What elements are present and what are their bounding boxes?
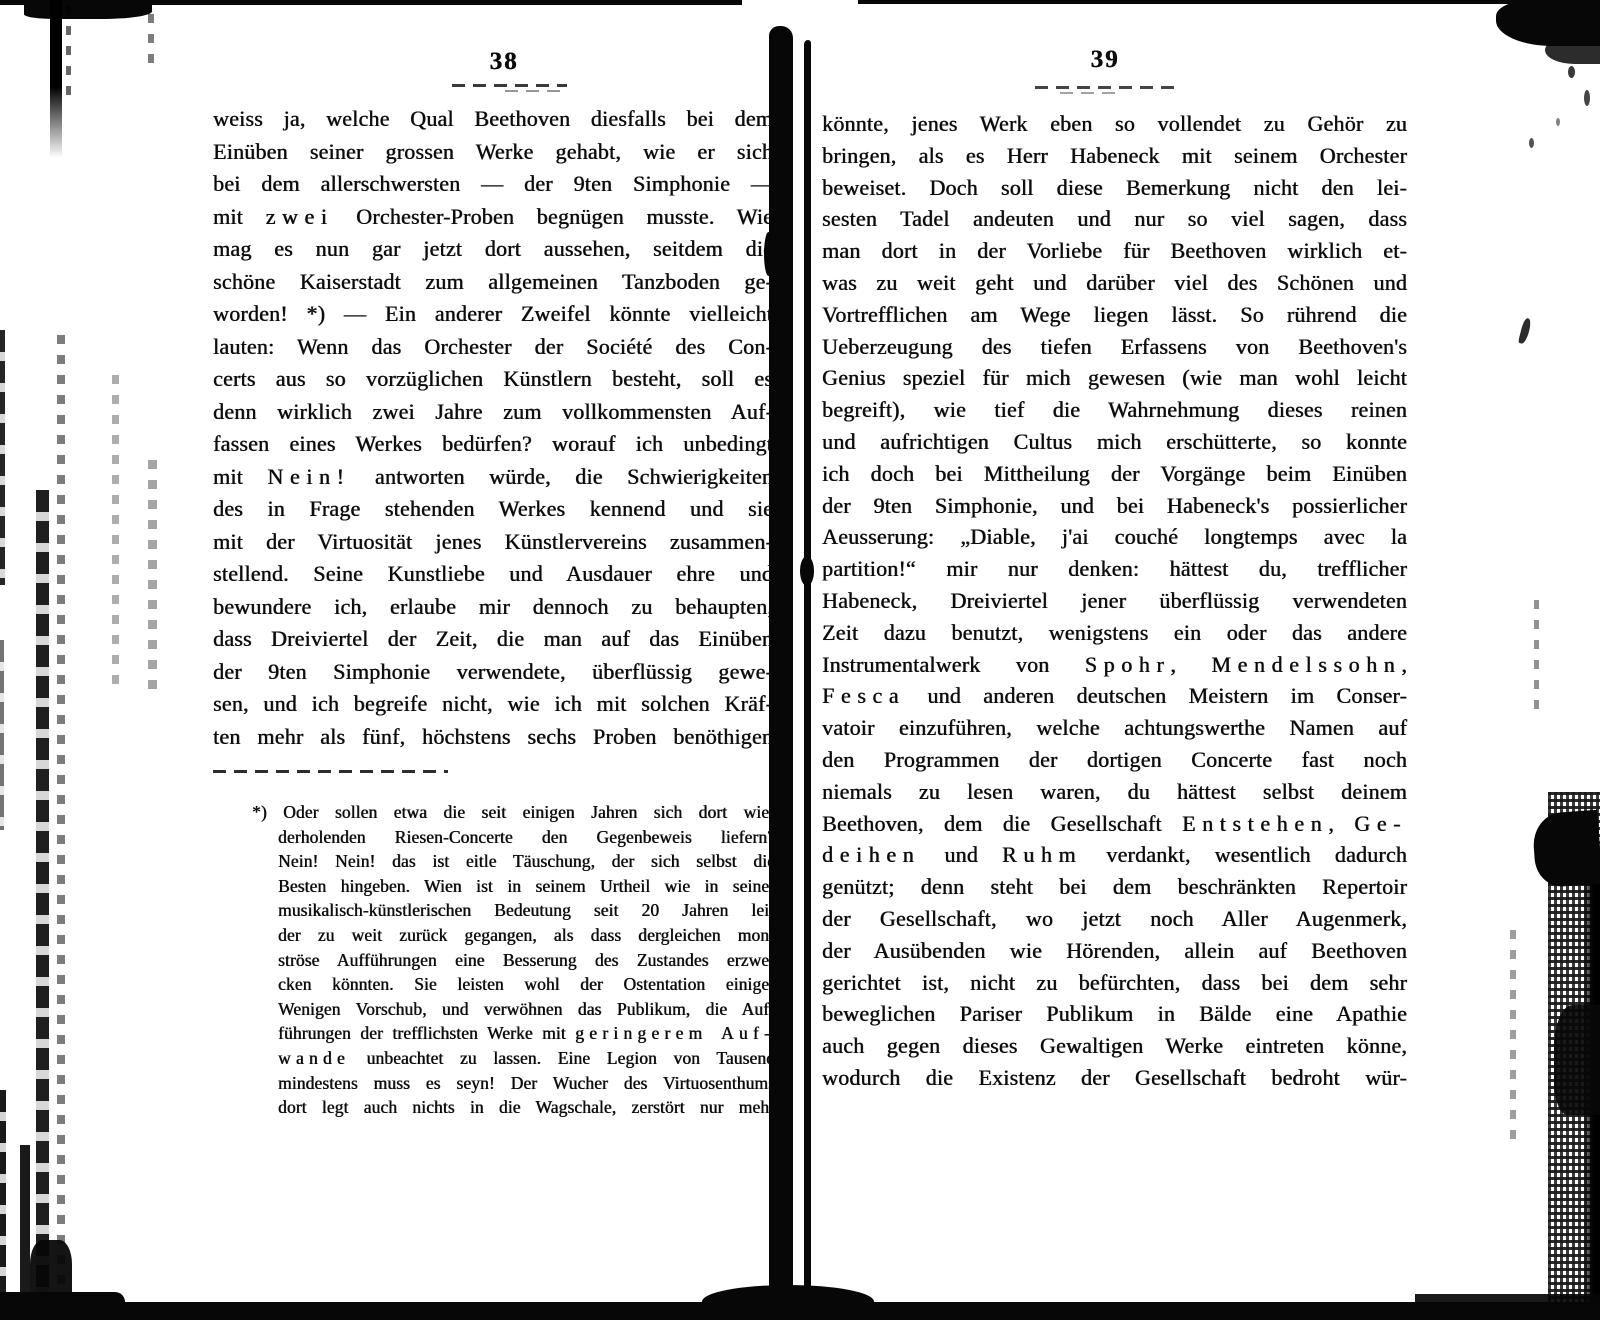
text-line: was zu weit geht und darüber viel des Sc… — [822, 267, 1407, 299]
text-segment: führungen der trefflichsten Werke mit — [278, 1023, 575, 1043]
text-line: Zeit dazu benutzt, wenigstens ein oder d… — [822, 617, 1407, 649]
text-line: Vortrefflichen am Wege liegen lässt. So … — [822, 299, 1407, 331]
gutter-bump-left — [764, 232, 773, 276]
text-line: ich doch bei Mittheilung der Vorgänge be… — [822, 458, 1407, 490]
right-page-number-underline-2 — [1060, 92, 1120, 94]
text-line: der 9ten Simphonie, und bei Habeneck's p… — [822, 490, 1407, 522]
scan-top-right-speck-3 — [1556, 118, 1560, 126]
scan-top-right-blob-2 — [1545, 38, 1600, 64]
text-line: schöne Kaiserstadt zum allgemeinen Tanzb… — [213, 266, 773, 299]
text-line: auch gegen dieses Gewaltigen Werke eintr… — [822, 1030, 1407, 1062]
scan-top-left-drip-2 — [66, 6, 71, 101]
text-segment: verdankt, wesentlich dadurch — [1082, 842, 1407, 867]
text-line: worden! *) — Ein anderer Zweifel könnte … — [213, 298, 773, 331]
text-line: weiss ja, welche Qual Beethoven diesfall… — [213, 103, 773, 136]
text-line: der 9ten Simphonie verwendete, überflüss… — [213, 656, 773, 689]
text-line: führungen der trefflichsten Werke mit ge… — [252, 1021, 775, 1046]
text-segment: Instrumentalwerk von — [822, 652, 1085, 677]
scan-top-right-speck-1 — [1568, 66, 1575, 78]
letterspaced-text: Mendelssohn — [1211, 652, 1401, 677]
text-line: deihen und Ruhm verdankt, wesentlich dad… — [822, 839, 1407, 871]
text-line: mag es nun gar jetzt dort aussehen, seit… — [213, 233, 773, 266]
text-line: mit der Virtuosität jenes Künstlerverein… — [213, 526, 773, 559]
scan-top-left-blob — [24, 0, 152, 19]
text-segment: und anderen deutschen Meistern im Conser… — [905, 683, 1407, 708]
text-line: Ueberzeugung des tiefen Erfassens von Be… — [822, 331, 1407, 363]
scan-top-left-drip — [50, 0, 62, 158]
text-line: ten mehr als fünf, höchstens sechs Probe… — [213, 721, 773, 754]
text-segment: Beethoven, dem die Gesellschaft — [822, 811, 1182, 836]
text-line: ströse Aufführungen eine Besserung des Z… — [252, 948, 775, 973]
text-line: Beethoven, dem die Gesellschaft Entstehe… — [822, 808, 1407, 840]
text-line: Aeusserung: „Diable, j'ai couché longtem… — [822, 521, 1407, 553]
scan-top-left-speck — [148, 14, 154, 74]
left-page-number: 38 — [474, 48, 534, 76]
text-line: Einüben seiner grossen Werke gehabt, wie… — [213, 136, 773, 169]
scan-right-blotch-1 — [1531, 810, 1600, 888]
left-page-number-underline-2 — [505, 90, 560, 92]
text-segment: Orchester-Proben begnügen musste. Wie — [334, 204, 774, 229]
right-page-number: 39 — [1075, 46, 1135, 74]
gutter-shadow-band — [769, 26, 793, 1304]
text-segment: und — [920, 842, 1002, 867]
text-line: bringen, als es Herr Habeneck mit seinem… — [822, 140, 1407, 172]
text-segment: antworten würde, die Schwierigkeiten — [350, 464, 773, 489]
scan-top-edge-right — [858, 0, 1600, 4]
text-line: derholenden Riesen-Concerte den Gegenbew… — [252, 825, 775, 850]
text-line: dort legt auch nichts in die Wagschale, … — [252, 1095, 775, 1120]
text-line: Instrumentalwerk von Spohr, Mendelssohn, — [822, 649, 1407, 681]
text-line: sesten Tadel andeuten und nur so viel sa… — [822, 203, 1407, 235]
text-line: niemals zu lesen waren, du hättest selbs… — [822, 776, 1407, 808]
text-line: wande unbeachtet zu lassen. Eine Legion … — [252, 1046, 775, 1071]
scan-right-dot-1 — [1529, 138, 1534, 148]
text-line: stellend. Seine Kunstliebe und Ausdauer … — [213, 558, 773, 591]
text-line: *) Oder sollen etwa die seit einigen Jah… — [252, 800, 775, 825]
footnote-separator — [213, 770, 448, 773]
text-line: mit Nein! antworten würde, die Schwierig… — [213, 461, 773, 494]
scan-left-streak-4 — [112, 375, 119, 685]
text-line: wodurch die Existenz der Gesellschaft be… — [822, 1062, 1407, 1094]
letterspaced-text: geringerem Auf- — [575, 1023, 775, 1043]
text-segment: unbeachtet zu lassen. Eine Legion von Ta… — [350, 1048, 775, 1068]
left-page-body-text: weiss ja, welche Qual Beethoven diesfall… — [213, 103, 773, 753]
book-scan: { "scan": { "paper_color": "#ffffff", "i… — [0, 0, 1600, 1320]
text-line: des in Frage stehenden Werkes kennend un… — [213, 493, 773, 526]
letterspaced-text: wande — [278, 1048, 350, 1068]
text-line: gerichtet ist, nicht zu befürchten, dass… — [822, 967, 1407, 999]
text-line: vatoir einzuführen, welche achtungswerth… — [822, 712, 1407, 744]
text-line: mit zwei Orchester-Proben begnügen musst… — [213, 201, 773, 234]
text-segment: mit — [213, 464, 267, 489]
text-line: sen, und ich begreife nicht, wie ich mit… — [213, 688, 773, 721]
text-line: denn wirklich zwei Jahre zum vollkommens… — [213, 396, 773, 429]
scan-left-edge-line-3 — [0, 1090, 6, 1320]
text-line: lauten: Wenn das Orchester der Société d… — [213, 331, 773, 364]
text-line: mindestens muss es seyn! Der Wucher des … — [252, 1071, 775, 1096]
text-line: Besten hingeben. Wien ist in seinem Urth… — [252, 874, 775, 899]
scan-top-right-speck-2 — [1584, 90, 1590, 106]
right-page-edge-line — [804, 40, 811, 1304]
text-segment: , — [1170, 652, 1211, 677]
text-line: den Programmen der dortigen Concerte fas… — [822, 744, 1407, 776]
left-page-footnote-text: *) Oder sollen etwa die seit einigen Jah… — [252, 800, 775, 1120]
text-line: Habeneck, Dreiviertel jener überflüssig … — [822, 585, 1407, 617]
text-line: man dort in der Vorliebe für Beethoven w… — [822, 235, 1407, 267]
text-line: der zu weit zurück gegangen, als dass de… — [252, 923, 775, 948]
scan-right-blotch-2 — [1554, 1005, 1600, 1115]
scan-left-edge-line-1 — [0, 330, 5, 585]
letterspaced-text: Ruhm — [1002, 842, 1082, 867]
text-segment: , — [1328, 811, 1354, 836]
letterspaced-text: Fesca — [822, 683, 905, 708]
scan-bottom-right-rise — [1415, 1294, 1600, 1304]
text-line: und aufrichtigen Cultus mich erschüttert… — [822, 426, 1407, 458]
right-page-number-underline — [1035, 86, 1180, 89]
text-line: Nein! Nein! das ist eitle Täuschung, der… — [252, 849, 775, 874]
text-segment: , — [1401, 652, 1407, 677]
scan-left-streak-5 — [148, 460, 157, 695]
text-line: der Gesellschaft, wo jetzt noch Aller Au… — [822, 903, 1407, 935]
text-line: musikalisch-künstlerischen Bedeutung sei… — [252, 898, 775, 923]
letterspaced-text: Nein! — [267, 464, 350, 489]
text-line: beweglichen Pariser Publikum in Bälde ei… — [822, 998, 1407, 1030]
text-line: Wenigen Vorschub, und verwöhnen das Publ… — [252, 997, 775, 1022]
text-line: könnte, jenes Werk eben so vollendet zu … — [822, 108, 1407, 140]
text-line: dass Dreiviertel der Zeit, die man auf d… — [213, 623, 773, 656]
text-line: Fesca und anderen deutschen Meistern im … — [822, 680, 1407, 712]
letterspaced-text: zwei — [266, 204, 334, 229]
scan-bottom-gutter-flare — [702, 1285, 874, 1305]
text-line: genützt; denn steht bei dem beschränkten… — [822, 871, 1407, 903]
text-line: begreift), wie tief die Wahrnehmung dies… — [822, 394, 1407, 426]
text-line: Genius speziel für mich gewesen (wie man… — [822, 362, 1407, 394]
text-line: certs aus so vorzüglichen Künstlern best… — [213, 363, 773, 396]
scan-left-edge-line-2 — [0, 640, 4, 830]
scan-left-streak-2 — [57, 335, 65, 1320]
text-line: der Ausübenden wie Hörenden, allein auf … — [822, 935, 1407, 967]
text-line: bewundere ich, erlaube mir dennoch zu be… — [213, 591, 773, 624]
text-line: cken könnten. Sie leisten wohl der Osten… — [252, 972, 775, 997]
right-page-body-text: könnte, jenes Werk eben so vollendet zu … — [822, 108, 1407, 1094]
letterspaced-text: Entstehen — [1182, 811, 1328, 836]
text-line: bei dem allerschwersten — der 9ten Simph… — [213, 168, 773, 201]
scan-right-dash-column — [1534, 600, 1539, 712]
text-line: partition!“ mir nur denken: hättest du, … — [822, 553, 1407, 585]
left-page-number-underline — [452, 84, 567, 87]
letterspaced-text: Spohr — [1085, 652, 1171, 677]
letterspaced-text: deihen — [822, 842, 920, 867]
gutter-bump-right — [800, 556, 814, 586]
text-line: fassen eines Werkes bedürfen? worauf ich… — [213, 428, 773, 461]
scan-right-dash-column-2 — [1510, 930, 1516, 1150]
letterspaced-text: Ge- — [1354, 811, 1407, 836]
text-line: beweiset. Doch soll diese Bemerkung nich… — [822, 172, 1407, 204]
scan-right-mark-j — [1518, 317, 1532, 344]
scan-left-streak-1 — [36, 490, 49, 1320]
scan-bottom-left-rise — [0, 1292, 125, 1304]
text-segment: mit — [213, 204, 266, 229]
